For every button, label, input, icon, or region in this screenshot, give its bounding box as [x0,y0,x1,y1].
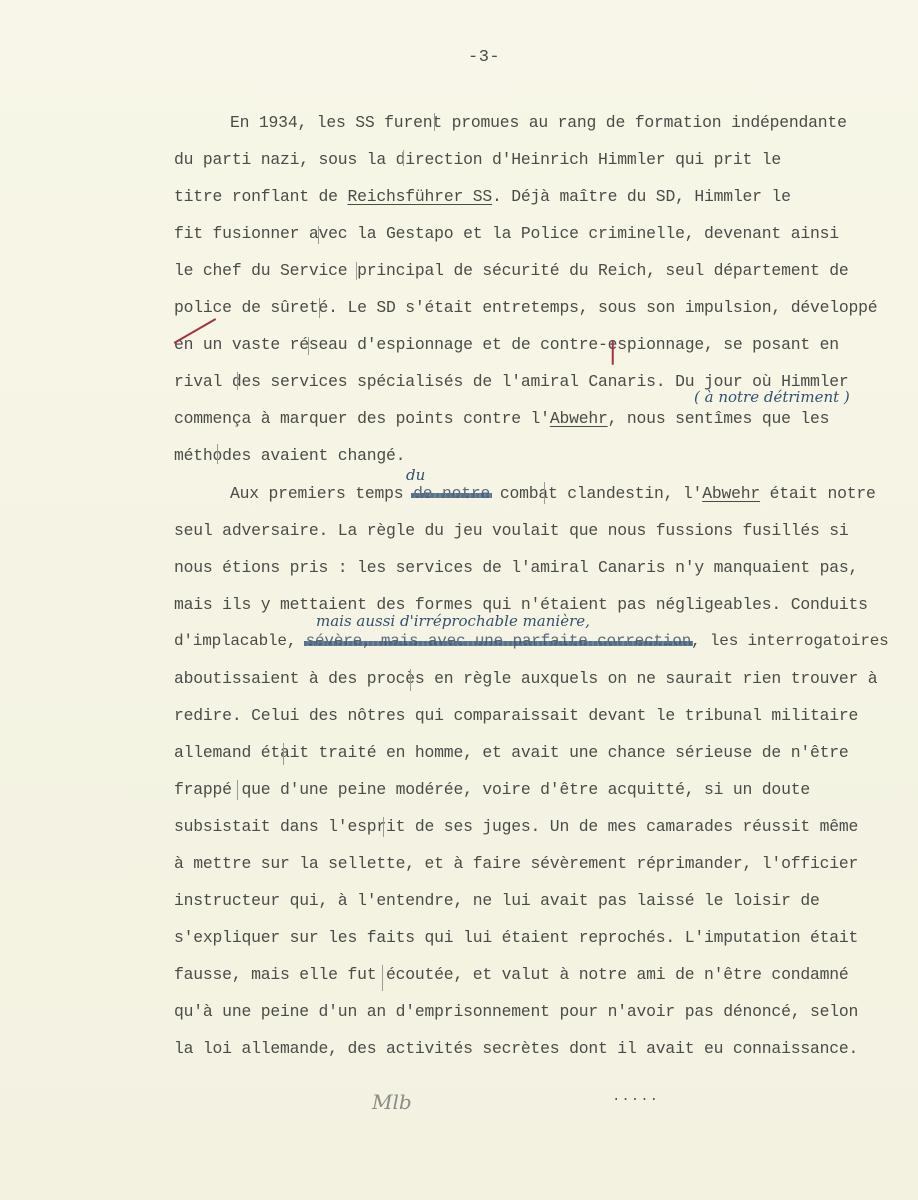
text-line: s'expliquer sur les faits qui lui étaien… [174,928,858,947]
text-line: frappé que d'une peine modérée, voire d'… [174,780,810,799]
text-line: seul adversaire. La règle du jeu voulait… [174,521,849,540]
pencil-mark [403,150,404,166]
handwritten-insertion: mais aussi d'irréprochable manière, [316,612,590,630]
text-segment: Aux premiers temps [230,484,413,503]
text-line: qu'à une peine d'un an d'emprisonnement … [174,1002,858,1021]
underlined-term: Abwehr [550,409,608,428]
text-line: allemand était traité en homme, et avait… [174,743,849,762]
pencil-mark [544,482,545,504]
text-line: le chef du Service principal de sécurité… [174,261,849,280]
pencil-mark [319,298,320,318]
text-line: à mettre sur la sellette, et à faire sév… [174,854,858,873]
text-line: instructeur qui, à l'entendre, ne lui av… [174,891,820,910]
pencil-mark [434,113,435,131]
text-line: Aux premiers temps de notre combat cland… [230,484,876,503]
pencil-mark [410,669,411,691]
text-line: la loi allemande, des activités secrètes… [174,1039,858,1058]
end-marker: ..... [612,1089,659,1105]
struck-text: sévère, mais avec une parfaite correctio… [306,632,691,650]
text-line: fausse, mais elle fut écoutée, et valut … [174,965,849,984]
text-line: redire. Celui des nôtres qui comparaissa… [174,706,858,725]
pencil-mark [318,226,319,244]
text-line: méthodes avaient changé. [174,446,405,465]
handwritten-insertion: ( à notre détriment ) [694,388,850,406]
text-line: police de sûreté. Le SD s'était entretem… [174,298,877,317]
text-line: aboutissaient à des procès en règle auxq… [174,669,877,688]
text-segment: , les interrogatoires [691,632,888,650]
text-line: En 1934, les SS furent promues au rang d… [230,113,847,132]
handwritten-insertion: du [406,466,425,484]
pencil-mark [217,444,218,464]
pencil-mark [382,965,383,991]
text-segment: était notre [760,484,876,503]
pencil-mark [237,372,238,390]
text-segment: d'implacable, [174,632,306,650]
text-line: subsistait dans l'esprit de ses juges. U… [174,817,858,836]
document-page: -3- En 1934, les SS furent promues au ra… [0,0,918,1200]
struck-text: de notre [413,484,490,503]
text-segment: . Déjà maître du SD, Himmler le [492,187,791,206]
handwritten-initials: Mlb [372,1090,412,1114]
text-line: commença à marquer des points contre l'A… [174,409,829,428]
text-line: titre ronflant de Reichsführer SS. Déjà … [174,187,791,206]
pencil-mark [237,780,238,800]
pencil-mark [356,262,357,280]
text-line: d'implacable, sévère, mais avec une parf… [174,632,889,650]
text-segment: , nous sentîmes que les [608,409,830,428]
text-segment: titre ronflant de [174,187,347,206]
underlined-term: Abwehr [702,484,760,503]
text-line: en un vaste réseau d'espionnage et de co… [174,335,839,354]
pencil-mark [383,817,384,837]
red-pencil-mark [612,341,614,365]
pencil-mark [283,743,284,765]
text-line: nous étions pris : les services de l'ami… [174,558,858,577]
text-segment: combat clandestin, l' [490,484,702,503]
text-line: fit fusionner avec la Gestapo et la Poli… [174,224,839,243]
pencil-mark [308,337,309,355]
text-segment: commença à marquer des points contre l' [174,409,550,428]
underlined-term: Reichsführer SS [347,187,492,206]
page-number: -3- [468,48,500,67]
text-line: du parti nazi, sous la direction d'Heinr… [174,150,781,169]
